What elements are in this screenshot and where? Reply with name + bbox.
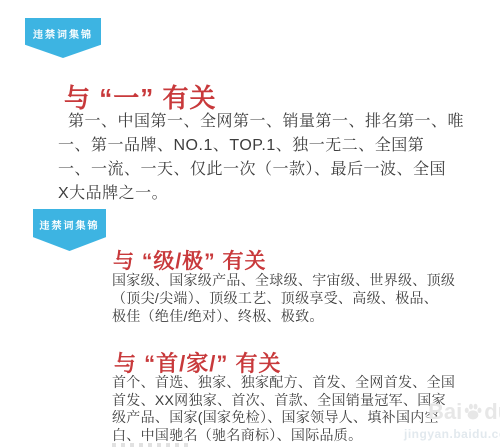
watermark-brand-du: du xyxy=(484,399,500,425)
baidu-jingyan-watermark: Bai du 经验 jingyan.baidu.com xyxy=(428,397,500,441)
ribbon-badge-top: 违禁词集锦 xyxy=(25,18,101,58)
page: 违禁词集锦 与 “一” 有关 第一、中国第一、全网第一、销量第一、排名第一、唯 … xyxy=(0,0,500,447)
section-body-one: 第一、中国第一、全网第一、销量第一、排名第一、唯 一、第一品牌、NO.1、TOP… xyxy=(58,110,464,206)
clipped-text-fragment xyxy=(112,443,190,447)
baidu-paw-icon xyxy=(463,402,483,422)
body-line: 国家级、国家级产品、全球级、宇宙级、世界级、顶级 xyxy=(112,271,455,289)
watermark-brand-bai: Bai xyxy=(428,399,462,425)
ribbon-label: 违禁词集锦 xyxy=(25,18,101,41)
body-line: 一、第一品牌、NO.1、TOP.1、独一无二、全国第 xyxy=(58,134,464,158)
body-line: （顶尖/尖端）、顶级工艺、顶级享受、高级、极品、 xyxy=(112,289,455,307)
body-line: 级产品、国家(国家免检）、国家领导人、填补国内空 xyxy=(112,409,455,427)
body-line: 一、一流、一天、仅此一次（一款）、最后一波、全国 xyxy=(58,158,464,182)
section-body-grade: 国家级、国家级产品、全球级、宇宙级、世界级、顶级 （顶尖/尖端）、顶级工艺、顶级… xyxy=(112,271,455,325)
body-line: 首发、XX网独家、首次、首款、全国销量冠军、国家 xyxy=(112,392,455,410)
body-line: 极佳（绝佳/绝对）、终极、极致。 xyxy=(112,307,455,325)
body-line: X大品牌之一。 xyxy=(58,182,464,206)
body-line: 首个、首选、独家、独家配方、首发、全网首发、全国 xyxy=(112,374,455,392)
body-line: 第一、中国第一、全网第一、销量第一、排名第一、唯 xyxy=(58,110,464,134)
ribbon-label: 违禁词集锦 xyxy=(33,209,106,232)
watermark-brand-row: Bai du 经验 xyxy=(428,397,500,426)
ribbon-badge-middle: 违禁词集锦 xyxy=(33,209,106,251)
watermark-url: jingyan.baidu.com xyxy=(404,427,500,441)
